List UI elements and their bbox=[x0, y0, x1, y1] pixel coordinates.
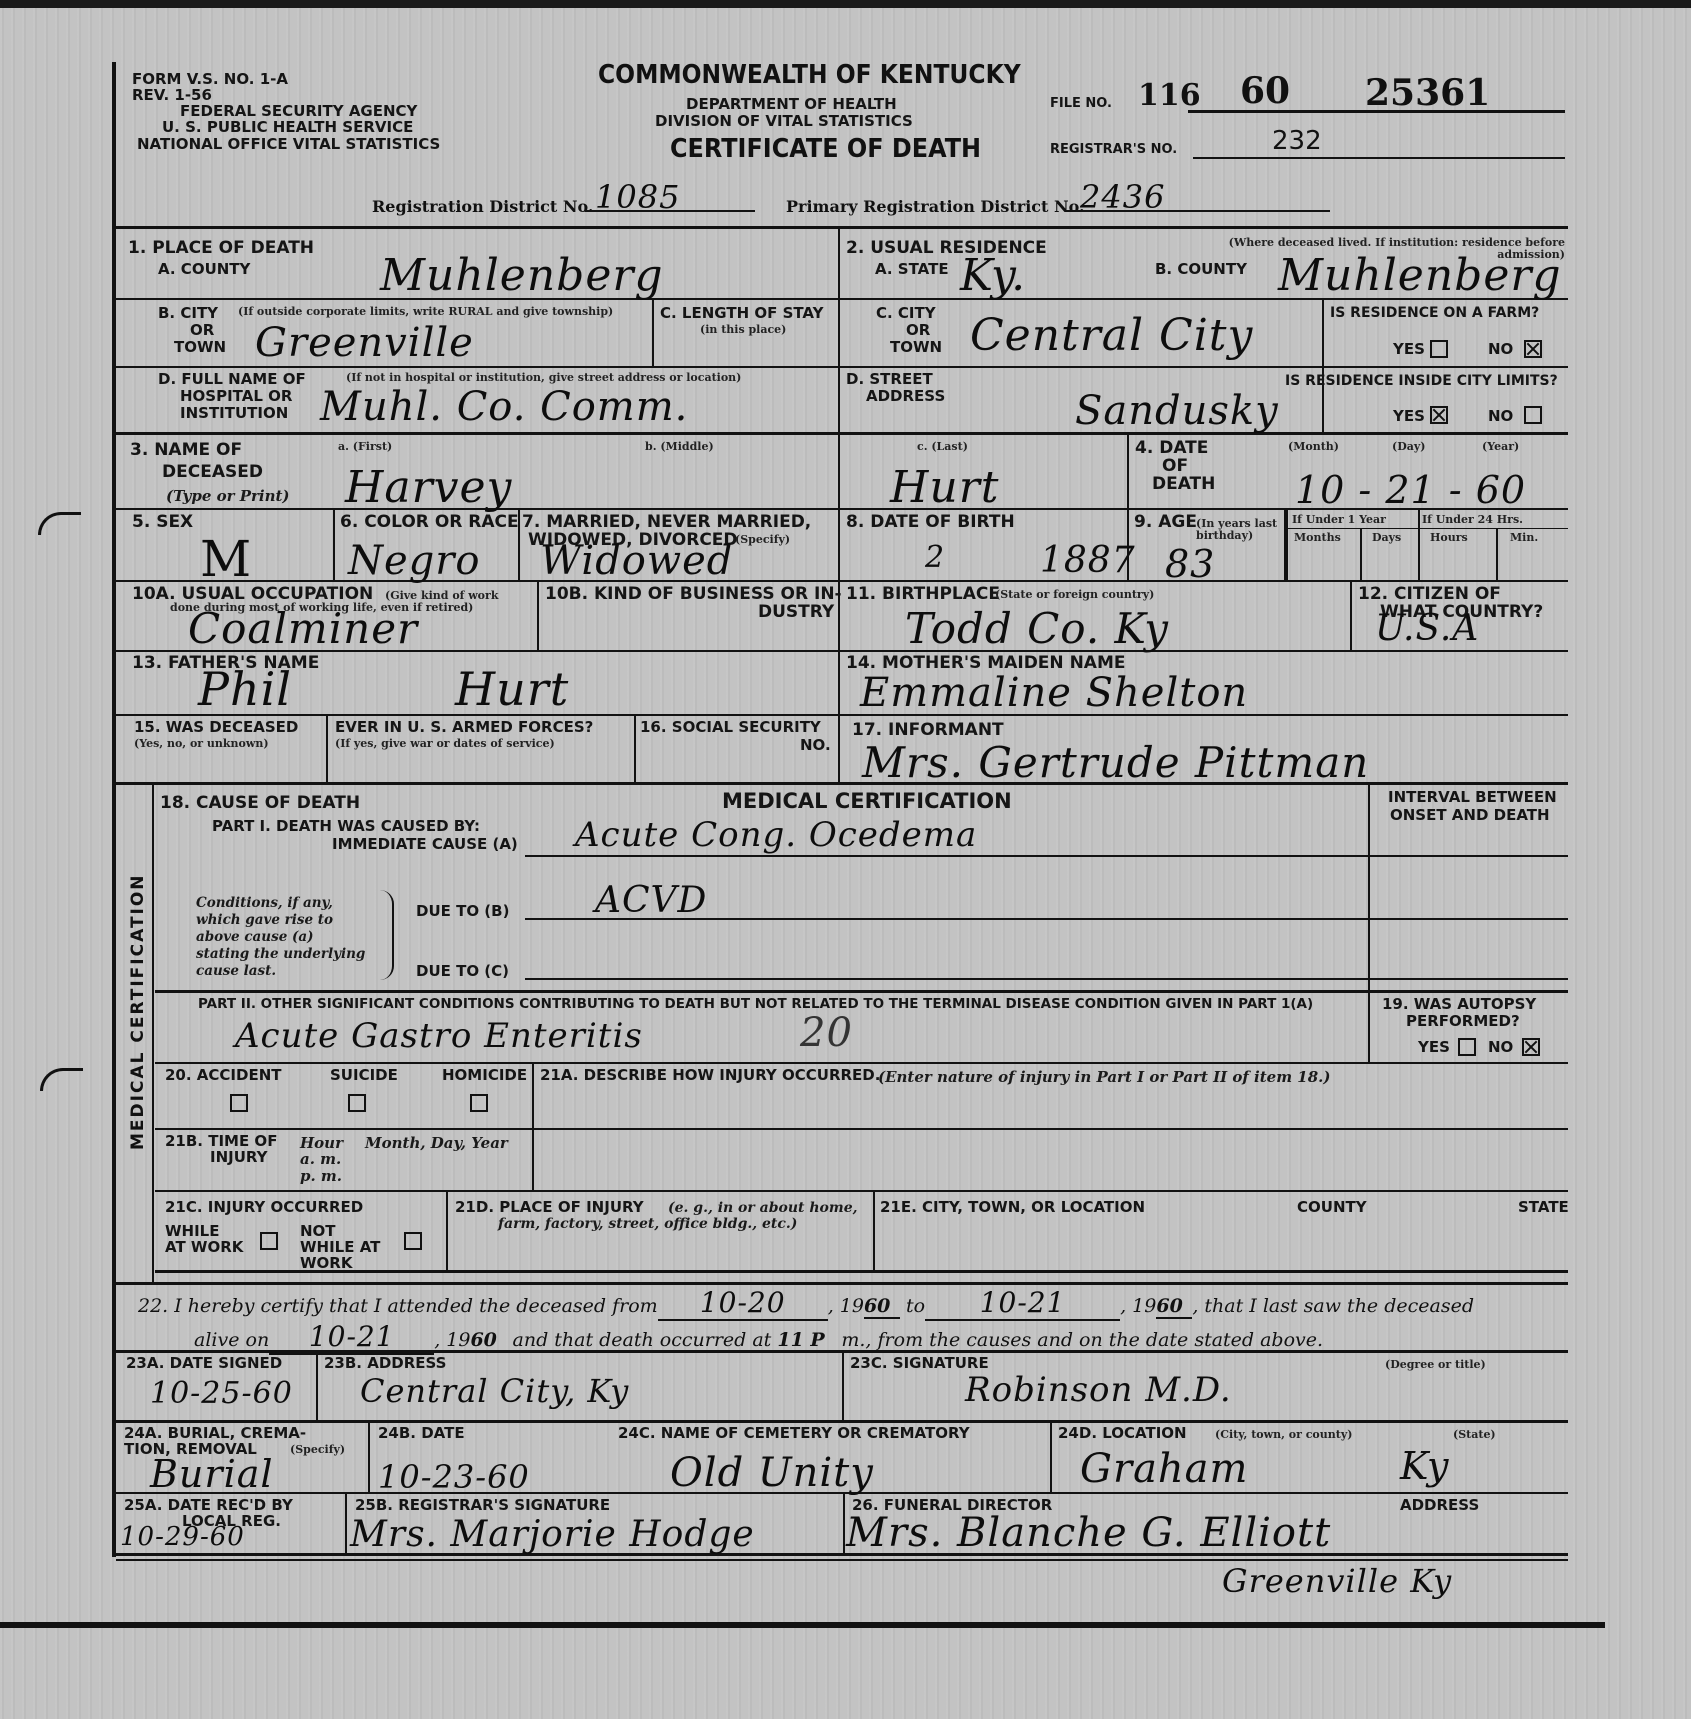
registrar-signature-label: 25b. REGISTRAR'S SIGNATURE bbox=[355, 1498, 610, 1514]
location-label: 24d. LOCATION bbox=[1058, 1426, 1187, 1442]
margin-mark-icon bbox=[40, 1068, 83, 1091]
ssn-label: 16. SOCIAL SECURITY bbox=[640, 720, 821, 736]
industry-label-2: DUSTRY bbox=[758, 604, 834, 622]
rule bbox=[652, 298, 654, 366]
accident-checkbox[interactable] bbox=[230, 1094, 248, 1112]
rule bbox=[155, 1062, 1568, 1064]
name-label: 3. NAME OF bbox=[130, 442, 242, 460]
father-last-value[interactable]: Hurt bbox=[455, 662, 569, 716]
autopsy-no-checkbox[interactable] bbox=[1522, 1038, 1540, 1056]
dob-label: 8. DATE OF BIRTH bbox=[846, 514, 1015, 532]
funeral-director-value[interactable]: Mrs. Blanche G. Elliott bbox=[846, 1510, 1331, 1556]
rule bbox=[1368, 992, 1370, 1062]
burial-date-label: 24b. DATE bbox=[378, 1426, 465, 1442]
disposition-note: (Specify) bbox=[290, 1444, 345, 1456]
rule bbox=[1350, 580, 1352, 650]
part2-code: 20 bbox=[800, 1010, 853, 1056]
medical-certification-side-label: MEDICAL CERTIFICATION bbox=[128, 873, 148, 1150]
primary-registration-district: 2436 bbox=[1080, 178, 1165, 216]
rule bbox=[326, 714, 328, 782]
rule bbox=[116, 714, 1568, 716]
city-note: (If outside corporate limits, write RURA… bbox=[238, 306, 628, 318]
registrar-no-label: REGISTRAR'S NO. bbox=[1050, 143, 1177, 157]
months-label: Months bbox=[1294, 532, 1341, 544]
hours-label: Hours bbox=[1430, 532, 1468, 544]
due-to-b-value[interactable]: ACVD bbox=[595, 880, 707, 921]
armed-forces-note: (Yes, no, or unknown) bbox=[134, 738, 269, 750]
attended-to-date[interactable]: 10-21 bbox=[925, 1286, 1120, 1321]
not-while-at-work-label: NOT WHILE AT WORK bbox=[300, 1224, 395, 1271]
rule bbox=[1496, 528, 1498, 580]
sex-value[interactable]: M bbox=[200, 530, 252, 588]
injury-how-label: 21a. DESCRIBE HOW INJURY OCCURRED. bbox=[540, 1068, 880, 1084]
medical-certification-title: MEDICAL CERTIFICATION bbox=[722, 790, 1012, 812]
disposition-value[interactable]: Burial bbox=[150, 1452, 274, 1496]
age-label: 9. AGE bbox=[1134, 514, 1197, 532]
farm-yes-checkbox[interactable] bbox=[1430, 340, 1448, 358]
rule bbox=[446, 1190, 448, 1270]
hospital-label-2: HOSPITAL OR bbox=[180, 389, 292, 405]
ssn-label-2: NO. bbox=[800, 738, 831, 754]
under-1-year-label: If Under 1 Year bbox=[1292, 514, 1386, 526]
first-name-value[interactable]: Harvey bbox=[345, 462, 512, 513]
rule bbox=[1418, 508, 1420, 580]
date-signed-label: 23a. DATE SIGNED bbox=[126, 1356, 282, 1372]
registrar-no: 232 bbox=[1272, 126, 1322, 156]
day-label: (Day) bbox=[1392, 441, 1425, 453]
agency-line-2: U. S. PUBLIC HEALTH SERVICE bbox=[162, 120, 413, 136]
rule bbox=[1288, 528, 1568, 529]
certificate-title: CERTIFICATE OF DEATH bbox=[670, 134, 981, 164]
month-label: (Month) bbox=[1288, 441, 1339, 453]
rule bbox=[368, 1420, 370, 1492]
injury-county-label: COUNTY bbox=[1297, 1200, 1367, 1216]
hospital-label-3: INSTITUTION bbox=[180, 406, 288, 422]
rule bbox=[532, 1062, 534, 1190]
rule bbox=[1050, 1420, 1052, 1492]
cemetery-label: 24c. NAME OF CEMETERY OR CREMATORY bbox=[618, 1426, 970, 1442]
name-label-3: (Type or Print) bbox=[166, 487, 290, 505]
autopsy-label: 19. WAS AUTOPSY bbox=[1382, 997, 1536, 1013]
place-of-death-label: 1. PLACE OF DEATH bbox=[128, 240, 314, 258]
age-note: (In years last birthday) bbox=[1196, 518, 1281, 541]
rule bbox=[842, 1350, 844, 1420]
rule bbox=[155, 1128, 1568, 1130]
primary-registration-district-label: Primary Registration District No. bbox=[786, 197, 1085, 216]
registration-district-label: Registration District No. bbox=[372, 197, 593, 216]
last-name-label: c. (Last) bbox=[917, 441, 968, 453]
city-label-town: TOWN bbox=[174, 340, 226, 356]
file-no-prefix: 116 bbox=[1138, 78, 1201, 113]
rule bbox=[1370, 855, 1568, 857]
from-year-prefix: , 19 bbox=[828, 1295, 864, 1317]
immediate-cause-value[interactable]: Acute Cong. Ocedema bbox=[575, 815, 977, 855]
rule bbox=[152, 782, 154, 1282]
city-limits-yes-label: YES bbox=[1393, 409, 1425, 425]
birthplace-label: 11. BIRTHPLACE bbox=[846, 586, 1000, 604]
homicide-checkbox[interactable] bbox=[470, 1094, 488, 1112]
under-24-hours-label: If Under 24 Hrs. bbox=[1422, 514, 1523, 526]
rule bbox=[1360, 528, 1362, 580]
part2-label: PART II. OTHER SIGNIFICANT CONDITIONS CO… bbox=[198, 997, 1366, 1011]
rule bbox=[537, 580, 539, 650]
autopsy-yes-label: YES bbox=[1418, 1040, 1450, 1056]
injury-city-label: 21e. CITY, TOWN, OR LOCATION bbox=[880, 1200, 1145, 1216]
injury-date-label: Month, Day, Year bbox=[365, 1134, 508, 1152]
hospital-note: (If not in hospital or institution, give… bbox=[346, 372, 836, 384]
file-no-year: 60 bbox=[1240, 70, 1290, 112]
rule bbox=[873, 1190, 875, 1270]
hospital-value[interactable]: Muhl. Co. Comm. bbox=[320, 384, 688, 430]
min-label: Min. bbox=[1510, 532, 1538, 544]
mother-value[interactable]: Emmaline Shelton bbox=[860, 670, 1248, 716]
date-signed-value[interactable]: 10-25-60 bbox=[150, 1376, 293, 1411]
to-year-prefix: , 19 bbox=[1120, 1295, 1156, 1317]
city-limits-no-checkbox[interactable] bbox=[1524, 406, 1542, 424]
while-at-work-label: WHILE AT WORK bbox=[165, 1224, 245, 1256]
physician-address-value[interactable]: Central City, Ky bbox=[360, 1372, 629, 1410]
file-no-number: 25361 bbox=[1365, 72, 1490, 114]
cert-text-2: , that I last saw the deceased bbox=[1192, 1295, 1474, 1317]
rule bbox=[155, 1190, 1568, 1192]
burial-date-value[interactable]: 10-23-60 bbox=[378, 1458, 530, 1496]
conditions-note: Conditions, if any, which gave rise to a… bbox=[196, 895, 371, 979]
state-label: a. STATE bbox=[875, 262, 949, 278]
location-city-value[interactable]: Graham bbox=[1080, 1446, 1248, 1492]
rule bbox=[316, 1350, 318, 1420]
rule bbox=[838, 226, 840, 782]
rule bbox=[116, 1282, 1568, 1285]
attended-from-year[interactable]: 60 bbox=[864, 1295, 900, 1319]
physician-signature[interactable]: Robinson M.D. bbox=[965, 1370, 1232, 1410]
to-label: to bbox=[906, 1295, 925, 1317]
rule bbox=[155, 990, 1568, 993]
farm-yes-label: YES bbox=[1393, 342, 1425, 358]
informant-value[interactable]: Mrs. Gertrude Pittman bbox=[862, 738, 1369, 787]
city-limits-no-label: NO bbox=[1488, 409, 1513, 425]
rule bbox=[333, 508, 335, 580]
birthplace-note: (State or foreign country) bbox=[995, 589, 1154, 601]
street-label: d. STREET bbox=[846, 372, 933, 388]
residence-city-label-or: OR bbox=[906, 323, 930, 339]
rule bbox=[1368, 782, 1370, 992]
margin-mark-icon bbox=[38, 512, 81, 535]
rule bbox=[116, 432, 1568, 435]
autopsy-no-label: NO bbox=[1488, 1040, 1513, 1056]
rule bbox=[1370, 978, 1568, 980]
cemetery-value[interactable]: Old Unity bbox=[670, 1450, 874, 1496]
part2-value[interactable]: Acute Gastro Enteritis bbox=[235, 1016, 643, 1056]
rule bbox=[116, 226, 1568, 229]
injury-time-label-2: INJURY bbox=[210, 1150, 268, 1166]
rule bbox=[843, 1492, 845, 1556]
homicide-label: HOMICIDE bbox=[442, 1068, 527, 1084]
rule bbox=[1370, 918, 1568, 920]
state-note: (State) bbox=[1453, 1429, 1496, 1441]
sex-label: 5. SEX bbox=[132, 514, 193, 532]
cert-text-3: and that death occurred at bbox=[513, 1329, 772, 1351]
street-value[interactable]: Sandusky bbox=[1075, 388, 1279, 434]
physician-address-label: 23b. ADDRESS bbox=[324, 1356, 446, 1372]
rule bbox=[116, 1420, 1568, 1423]
registrar-no-underline bbox=[1193, 157, 1565, 159]
birthplace-value[interactable]: Todd Co. Ky bbox=[905, 604, 1169, 653]
city-label-or: OR bbox=[190, 323, 214, 339]
attended-from-date[interactable]: 10-20 bbox=[658, 1286, 828, 1321]
interval-label: INTERVAL BETWEEN bbox=[1388, 790, 1557, 806]
autopsy-label-2: PERFORMED? bbox=[1406, 1014, 1520, 1030]
race-label: 6. COLOR OR RACE bbox=[340, 514, 519, 532]
alive-on-label: alive on bbox=[194, 1329, 269, 1351]
form-bottom-rule bbox=[0, 1622, 1605, 1628]
city-limits-yes-checkbox[interactable] bbox=[1430, 406, 1448, 424]
middle-name-label: b. (Middle) bbox=[645, 441, 714, 453]
residence-county-label: b. COUNTY bbox=[1155, 262, 1247, 278]
interval-label-2: ONSET AND DEATH bbox=[1390, 808, 1550, 824]
registrar-signature[interactable]: Mrs. Marjorie Hodge bbox=[350, 1514, 755, 1555]
form-left-border bbox=[112, 62, 116, 1557]
farm-no-checkbox[interactable] bbox=[1524, 340, 1542, 358]
cert-text-4: m., from the causes and on the date stat… bbox=[841, 1329, 1323, 1351]
citizen-value[interactable]: U.S.A bbox=[1375, 608, 1479, 649]
part1-label: PART I. DEATH WAS CAUSED BY: bbox=[212, 819, 480, 835]
agency-line-3: NATIONAL OFFICE VITAL STATISTICS bbox=[137, 137, 440, 153]
cause-of-death-label: 18. CAUSE OF DEATH bbox=[160, 795, 360, 813]
immediate-cause-line bbox=[525, 855, 1368, 857]
due-to-c-line bbox=[525, 978, 1368, 980]
suicide-label: SUICIDE bbox=[330, 1068, 398, 1084]
suicide-checkbox[interactable] bbox=[348, 1094, 366, 1112]
injury-state-label: STATE bbox=[1518, 1200, 1569, 1216]
residence-city-value[interactable]: Central City bbox=[970, 310, 1253, 361]
date-of-death-value[interactable]: 10 - 21 - 60 bbox=[1295, 468, 1526, 512]
length-of-stay-note: (in this place) bbox=[700, 324, 786, 336]
date-received-value[interactable]: 10-29-60 bbox=[120, 1522, 245, 1552]
injury-occurred-label: 21c. INJURY OCCURRED bbox=[165, 1200, 363, 1216]
residence-state-value[interactable]: Ky. bbox=[960, 250, 1026, 301]
rule bbox=[116, 1553, 1568, 1556]
occupation-value[interactable]: Coalminer bbox=[188, 604, 418, 653]
division: DIVISION OF VITAL STATISTICS bbox=[655, 114, 913, 130]
marital-note: (Specify) bbox=[735, 534, 790, 546]
dob-year-value[interactable]: 1887 bbox=[1040, 540, 1136, 581]
age-value[interactable]: 83 bbox=[1165, 542, 1215, 586]
immediate-cause-label: IMMEDIATE CAUSE (a) bbox=[332, 837, 518, 853]
length-of-stay-label: c. LENGTH OF STAY bbox=[660, 306, 823, 322]
registration-district: 1085 bbox=[595, 178, 680, 216]
rule bbox=[1286, 508, 1288, 580]
street-label-2: ADDRESS bbox=[866, 389, 945, 405]
location-note: (City, town, or county) bbox=[1215, 1429, 1352, 1441]
brace-icon bbox=[378, 890, 394, 980]
marital-value[interactable]: Widowed bbox=[540, 538, 733, 584]
residence-city-label-town: TOWN bbox=[890, 340, 942, 356]
rule bbox=[116, 1559, 1568, 1561]
armed-forces-note-2: (If yes, give war or dates of service) bbox=[335, 738, 555, 750]
hospital-label: d. FULL NAME OF bbox=[158, 372, 306, 388]
due-to-c-label: DUE TO (c) bbox=[416, 964, 509, 980]
location-state-value[interactable]: Ky bbox=[1400, 1444, 1449, 1488]
attended-to-year[interactable]: 60 bbox=[1156, 1295, 1192, 1319]
while-at-work-checkbox[interactable] bbox=[260, 1232, 278, 1250]
residence-city-label: c. CITY bbox=[876, 306, 936, 322]
rule bbox=[116, 366, 1568, 368]
dob-month-value[interactable]: 2 bbox=[925, 540, 945, 575]
not-while-at-work-checkbox[interactable] bbox=[404, 1232, 422, 1250]
scan-top-edge bbox=[0, 0, 1691, 8]
injury-am-label: a. m. bbox=[300, 1150, 341, 1168]
race-value[interactable]: Negro bbox=[348, 538, 480, 584]
last-name-value[interactable]: Hurt bbox=[890, 462, 999, 513]
father-first-value[interactable]: Phil bbox=[198, 662, 292, 716]
place-of-injury-note: (e. g., in or about home, farm, factory,… bbox=[498, 1200, 868, 1232]
funeral-address-value[interactable]: Greenville Ky bbox=[1222, 1562, 1452, 1600]
city-label: b. CITY bbox=[158, 306, 218, 322]
county-label: a. COUNTY bbox=[158, 262, 250, 278]
certification-line-1: 22. I hereby certify that I attended the… bbox=[138, 1286, 1474, 1321]
file-no-label: FILE NO. bbox=[1050, 97, 1112, 111]
residence-county-value[interactable]: Muhlenberg bbox=[1278, 250, 1562, 301]
alive-year-prefix: , 19 bbox=[434, 1329, 470, 1351]
rule bbox=[634, 714, 636, 782]
death-city-value[interactable]: Greenville bbox=[255, 320, 474, 366]
rule bbox=[1322, 298, 1324, 432]
days-label: Days bbox=[1372, 532, 1401, 544]
year-label: (Year) bbox=[1482, 441, 1519, 453]
state-title: COMMONWEALTH OF KENTUCKY bbox=[598, 60, 1021, 90]
injury-pm-label: p. m. bbox=[300, 1167, 342, 1185]
armed-forces-label-2: EVER IN U. S. ARMED FORCES? bbox=[335, 720, 593, 736]
date-of-death-label-3: DEATH bbox=[1152, 476, 1215, 494]
farm-question: IS RESIDENCE ON A FARM? bbox=[1330, 306, 1539, 321]
city-limits-question: IS RESIDENCE INSIDE CITY LIMITS? bbox=[1285, 374, 1558, 389]
armed-forces-label: 15. WAS DECEASED bbox=[134, 720, 298, 736]
funeral-address-label: ADDRESS bbox=[1400, 1498, 1479, 1514]
degree-label: (Degree or title) bbox=[1385, 1359, 1486, 1371]
rule bbox=[345, 1492, 347, 1556]
department: DEPARTMENT OF HEALTH bbox=[686, 97, 897, 113]
farm-no-label: NO bbox=[1488, 342, 1513, 358]
name-label-2: DECEASED bbox=[162, 464, 263, 482]
death-county-value[interactable]: Muhlenberg bbox=[380, 250, 664, 301]
injury-how-note: (Enter nature of injury in Part I or Par… bbox=[878, 1068, 1331, 1086]
accident-label: 20. ACCIDENT bbox=[165, 1068, 281, 1084]
cert-text-1: 22. I hereby certify that I attended the… bbox=[138, 1295, 658, 1317]
due-to-b-label: DUE TO (b) bbox=[416, 904, 509, 920]
first-name-label: a. (First) bbox=[338, 441, 392, 453]
autopsy-yes-checkbox[interactable] bbox=[1458, 1038, 1476, 1056]
